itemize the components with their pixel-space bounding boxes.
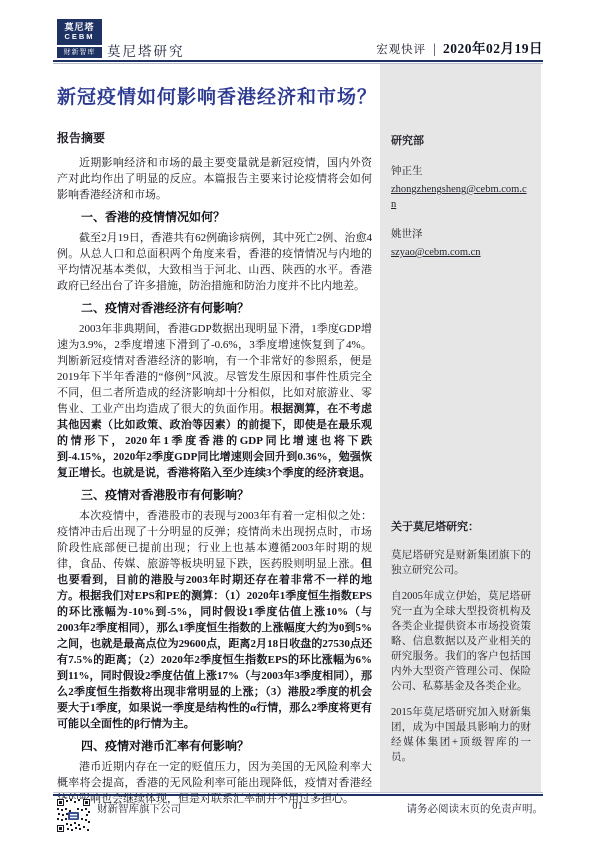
about-title: 关于莫尼塔研究： xyxy=(391,520,531,535)
footer-disclaimer: 请务必阅读末页的免责声明。 xyxy=(407,801,544,816)
page-title: 新冠疫情如何影响香港经济和市场？ xyxy=(57,82,377,109)
about-section: 关于莫尼塔研究： 莫尼塔研究是财新集团旗下的独立研究公司。自2005年成立伊始，… xyxy=(391,520,531,765)
logo-text-top: 莫尼塔 xyxy=(64,23,94,32)
body-paragraph: 2003年非典期间，香港GDP数据出现明显下滑，1季度GDP增速为3.9%，2季… xyxy=(57,321,372,481)
section-heading: 一、香港的疫情情况如何？ xyxy=(57,209,372,225)
text-run: 港币近期内存在一定的贬值压力，因为美国的无风险利率大概率将会提高，香港的无风险利… xyxy=(57,761,372,805)
contact-name: 钟正生 xyxy=(391,164,531,179)
about-paragraph: 2015年莫尼塔研究加入财新集团，成为中国最具影响力的财经媒体集团+顶级智库的一… xyxy=(391,705,531,765)
body-paragraph: 港币近期内存在一定的贬值压力，因为美国的无风险利率大概率将会提高，香港的无风险利… xyxy=(57,759,372,807)
sidebar-contacts: 钟正生zhongzhengsheng@cebm.com.cn姚世泽szyao@c… xyxy=(391,164,531,260)
contact-name: 姚世泽 xyxy=(391,227,531,242)
summary-label: 报告摘要 xyxy=(57,130,372,146)
about-paragraphs: 莫尼塔研究是财新集团旗下的独立研究公司。自2005年成立伊始，莫尼塔研究一直为全… xyxy=(391,548,531,765)
report-section: 四、疫情对港币汇率有何影响？港币近期内存在一定的贬值压力，因为美国的无风险利率大… xyxy=(57,738,372,807)
text-run: 但也要看到，目前的港股与2003年时期还存在着非常不一样的地方。根据我们对EPS… xyxy=(57,558,372,730)
report-body: 报告摘要 近期影响经济和市场的最主要变量就是新冠疫情，国内外资产对此均作出了明显… xyxy=(57,130,372,807)
text-run: 截至2月19日，香港共有62例确诊病例，其中死亡2例、治愈4例。从总人口和总面积… xyxy=(57,232,372,292)
section-heading: 三、疫情对香港股市有何影响？ xyxy=(57,487,372,503)
report-section: 一、香港的疫情情况如何？截至2月19日，香港共有62例确诊病例，其中死亡2例、治… xyxy=(57,209,372,294)
text-run: 本次疫情中，香港股市的表现与2003年有着一定相似之处：疫情冲击后出现了十分明显… xyxy=(57,510,372,570)
report-sections: 一、香港的疫情情况如何？截至2月19日，香港共有62例确诊病例，其中死亡2例、治… xyxy=(57,209,372,807)
qr-code-icon xyxy=(57,799,90,832)
summary-intro: 近期影响经济和市场的最主要变量就是新冠疫情，国内外资产对此均作出了明显的反应。本… xyxy=(57,155,372,203)
footer-divider xyxy=(53,794,543,796)
contact-email-link[interactable]: zhongzhengsheng@cebm.com.cn xyxy=(391,184,527,210)
about-paragraph: 自2005年成立伊始，莫尼塔研究一直为全球大型投资机构及各类企业提供资本市场投资… xyxy=(391,589,531,694)
research-dept-label: 研究部 xyxy=(391,134,531,149)
report-page: 莫尼塔 CEBM 财新智库 莫尼塔研究 宏观快评 | 2020年02月19日 新… xyxy=(0,0,595,842)
info-sidebar: 研究部 钟正生zhongzhengsheng@cebm.com.cn姚世泽szy… xyxy=(380,64,541,793)
header-meta: 宏观快评 | 2020年02月19日 xyxy=(376,37,543,58)
contact-email: zhongzhengsheng@cebm.com.cn xyxy=(391,182,531,212)
report-section: 二、疫情对香港经济有何影响？2003年非典期间，香港GDP数据出现明显下滑，1季… xyxy=(57,300,372,481)
report-category: 宏观快评 xyxy=(376,41,426,57)
text-run: 2003年非典期间，香港GDP数据出现明显下滑，1季度GDP增速为3.9%，2季… xyxy=(57,323,372,415)
about-paragraph: 莫尼塔研究是财新集团旗下的独立研究公司。 xyxy=(391,548,531,578)
body-paragraph: 截至2月19日，香港共有62例确诊病例，其中死亡2例、治愈4例。从总人口和总面积… xyxy=(57,230,372,294)
report-section: 三、疫情对香港股市有何影响？本次疫情中，香港股市的表现与2003年有着一定相似之… xyxy=(57,487,372,732)
section-heading: 二、疫情对香港经济有何影响？ xyxy=(57,300,372,316)
logo-text-sub: CEBM xyxy=(64,33,94,41)
section-heading: 四、疫情对港币汇率有何影响？ xyxy=(57,738,372,754)
cebm-logo: 莫尼塔 CEBM 财新智库 xyxy=(57,19,102,58)
header-divider xyxy=(53,60,543,62)
brand-wordmark: 莫尼塔研究 xyxy=(107,40,185,60)
body-paragraph: 本次疫情中，香港股市的表现与2003年有着一定相似之处：疫情冲击后出现了十分明显… xyxy=(57,508,372,732)
cebm-logo-mark: 莫尼塔 CEBM xyxy=(57,19,102,45)
separator-bar: | xyxy=(433,42,436,58)
contact-card: 钟正生zhongzhengsheng@cebm.com.cn xyxy=(391,164,531,212)
contact-email: szyao@cebm.com.cn xyxy=(391,245,531,260)
contact-email-link[interactable]: szyao@cebm.com.cn xyxy=(391,247,481,258)
logo-band-caixin: 财新智库 xyxy=(57,47,102,58)
contact-card: 姚世泽szyao@cebm.com.cn xyxy=(391,227,531,260)
footer-company: 财新智库旗下公司 xyxy=(97,801,181,816)
report-date: 2020年02月19日 xyxy=(443,37,543,57)
